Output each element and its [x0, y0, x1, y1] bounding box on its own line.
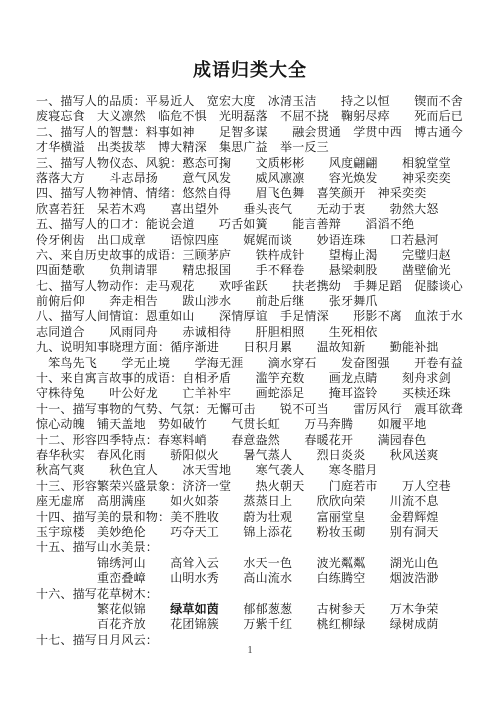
idiom-row-part: 繁花似锦	[36, 602, 170, 616]
section-5-line: 五、描写人的口才：能说会道 巧舌如簧 能言善辩 滔滔不绝	[36, 217, 468, 232]
idiom-row: 惊心动魄 铺天盖地 势如破竹 气贯长虹 万马奔腾 如履平地	[36, 417, 468, 432]
idiom-row: 锦绣河山 高耸入云 水天一色 波光粼粼 湖光山色	[36, 556, 468, 571]
section-14-line: 十四、描写美的景和物：美不胜收 蔚为壮观 富丽堂皇 金碧辉煌	[36, 510, 468, 525]
document-body: 一、描写人的品质：平易近人 宽宏大度 冰清玉洁 持之以恒 锲而不舍 废寝忘食 大…	[36, 94, 468, 648]
section-15-line: 十五、描写山水美景：	[36, 540, 468, 555]
section-2-line: 二、描写人的智慧：料事如神 足智多谋 融会贯通 学贯中西 博古通今	[36, 125, 468, 140]
idiom-row: 志同道合 风雨同舟 赤诚相待 肝胆相照 生死相依	[36, 325, 468, 340]
section-8-line: 八、描写人间情谊：恩重如山 深情厚谊 手足情深 形影不离 血浓于水	[36, 309, 468, 324]
section-9-line: 九、说明知事晓理方面：循序渐进 日积月累 温故知新 勤能补拙	[36, 340, 468, 355]
idiom-row: 繁花似锦 绿草如茵 郁郁葱葱 古树参天 万木争荣	[36, 602, 468, 617]
idiom-row: 重峦叠嶂 山明水秀 高山流水 白练腾空 烟波浩渺	[36, 571, 468, 586]
section-12-line: 十二、形容四季特点：春寒料峭 春意盎然 春暖花开 满园春色	[36, 433, 468, 448]
document-title: 成语归类大全	[0, 56, 500, 82]
idiom-row: 秋高气爽 秋色宜人 冰天雪地 寒气袭人 寒冬腊月	[36, 463, 468, 478]
idiom-row: 才华横溢 出类拔萃 博大精深 集思广益 举一反三	[36, 140, 468, 155]
idiom-row: 笨鸟先飞 学无止境 学海无涯 滴水穿石 发奋图强 开卷有益	[36, 356, 468, 371]
idiom-row: 伶牙俐齿 出口成章 语惊四座 娓娓而谈 妙语连珠 口若悬河	[36, 233, 468, 248]
idiom-row: 百花齐放 花团锦簇 万紫千红 桃红柳绿 绿树成荫	[36, 617, 468, 632]
section-11-line: 十一、描写事物的气势、气氛：无懈可击 锐不可当 雷厉风行 震耳欲聋	[36, 402, 468, 417]
idiom-row: 欣喜若狂 呆若木鸡 喜出望外 垂头丧气 无动于衷 勃然大怒	[36, 202, 468, 217]
section-16-line: 十六、描写花草树木：	[36, 587, 468, 602]
section-3-line: 三、描写人物仪态、风貌：憨态可掬 文质彬彬 风度翩翩 相貌堂堂	[36, 156, 468, 171]
section-7-line: 七、描写人物动作：走马观花 欢呼雀跃 扶老携幼 手舞足蹈 促膝谈心	[36, 279, 468, 294]
bold-idiom: 绿草如茵	[170, 602, 219, 616]
idiom-row-part: 郁郁葱葱 古树参天 万木争荣	[219, 602, 439, 616]
section-4-line: 四、描写人物神情、情绪：悠然自得 眉飞色舞 喜笑颜开 神采奕奕	[36, 186, 468, 201]
section-1-line: 一、描写人的品质：平易近人 宽宏大度 冰清玉洁 持之以恒 锲而不舍	[36, 94, 468, 109]
document-page: 成语归类大全 一、描写人的品质：平易近人 宽宏大度 冰清玉洁 持之以恒 锲而不舍…	[0, 0, 500, 706]
section-10-line: 十、来自寓言故事的成语：自相矛盾 滥竽充数 画龙点睛 刻舟求剑	[36, 371, 468, 386]
idiom-row: 前俯后仰 奔走相告 跋山涉水 前赴后继 张牙舞爪	[36, 294, 468, 309]
idiom-row: 春华秋实 春风化雨 骄阳似火 暑气蒸人 烈日炎炎 秋风送爽	[36, 448, 468, 463]
idiom-row: 玉宇琼楼 美妙绝伦 巧夺天工 锦上添花 粉妆玉砌 别有洞天	[36, 525, 468, 540]
idiom-row: 座无虚席 高朋满座 如火如荼 蒸蒸日上 欣欣向荣 川流不息	[36, 494, 468, 509]
idiom-row: 四面楚歌 负荆请罪 精忠报国 手不释卷 悬梁刺股 凿壁偷光	[36, 263, 468, 278]
section-13-line: 十三、形容繁荣兴盛景象：济济一堂 热火朝天 门庭若市 万人空巷	[36, 479, 468, 494]
page-number: 1	[0, 645, 500, 656]
idiom-row: 废寝忘食 大义凛然 临危不惧 光明磊落 不屈不挠 鞠躬尽瘁 死而后已	[36, 109, 468, 124]
idiom-row: 落落大方 斗志昂扬 意气风发 威风凛凛 容光焕发 神采奕奕	[36, 171, 468, 186]
idiom-row: 守株待兔 叶公好龙 亡羊补牢 画蛇添足 掩耳盗铃 买椟还珠	[36, 386, 468, 401]
section-6-line: 六、来自历史故事的成语：三顾茅庐 铁杵成针 望梅止渴 完璧归赵	[36, 248, 468, 263]
